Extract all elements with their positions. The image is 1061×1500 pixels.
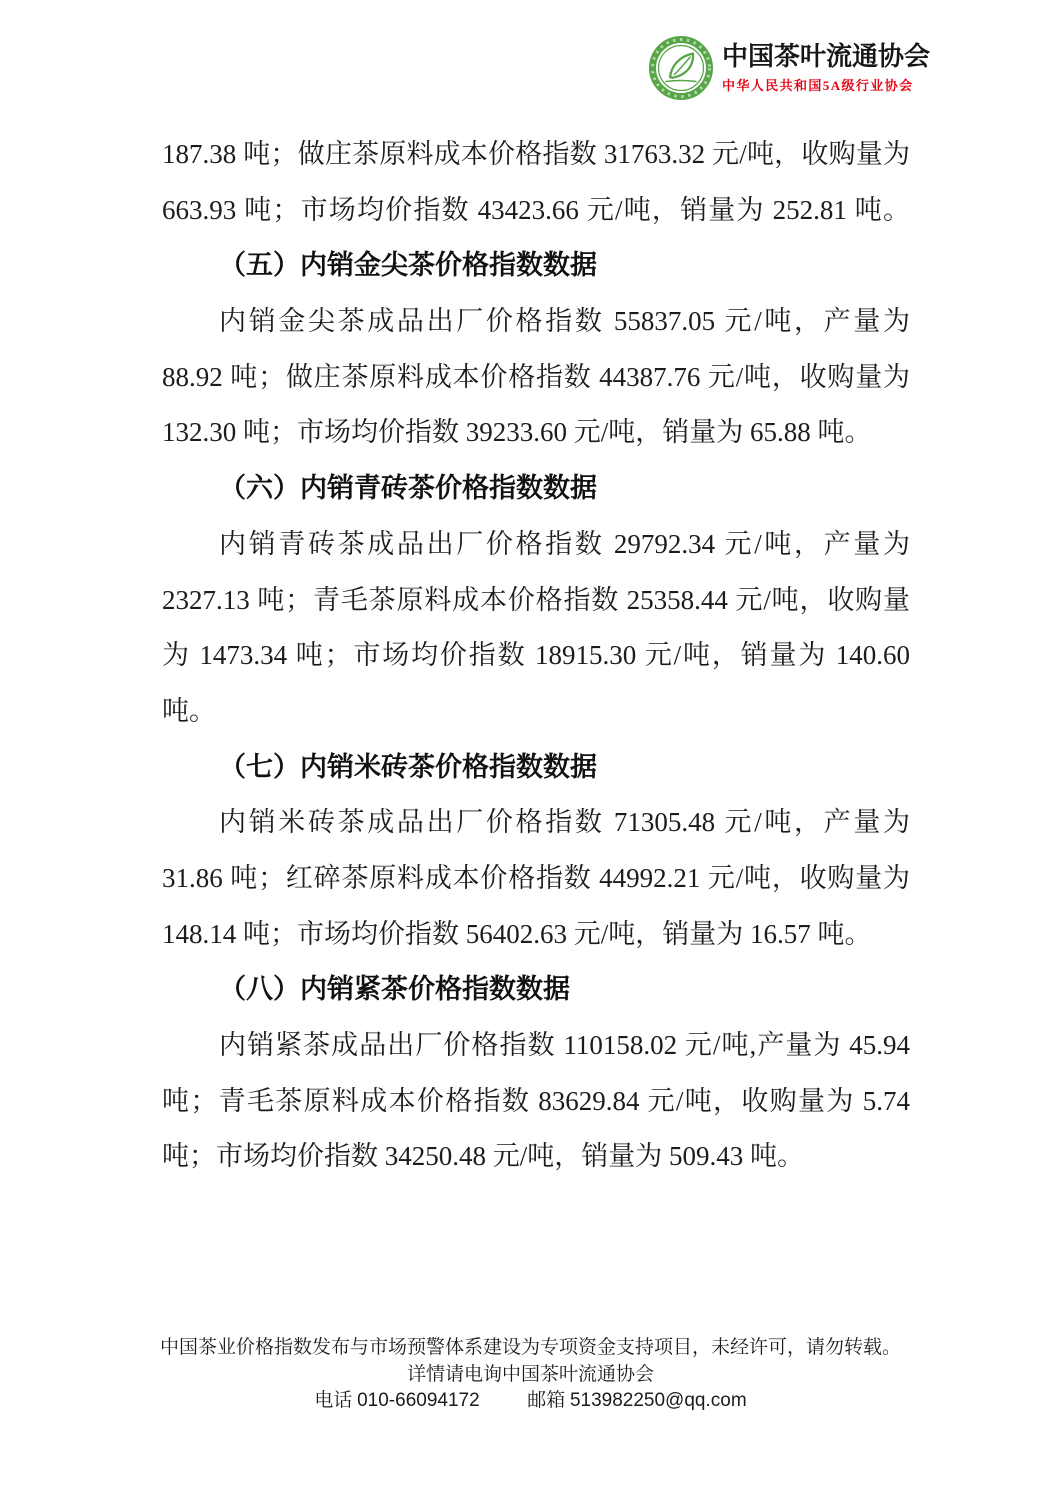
section-heading: （六）内销青砖茶价格指数数据 — [162, 461, 910, 517]
section-heading: （七）内销米砖茶价格指数数据 — [162, 740, 910, 796]
section-heading: （八）内销紧茶价格指数数据 — [162, 962, 910, 1018]
footer-contact-org: 详情请电询中国茶叶流通协会 — [0, 1362, 1061, 1389]
phone-label: 电话 — [314, 1390, 352, 1411]
email-address: 513982250@qq.com — [570, 1390, 747, 1411]
org-name: 中国茶叶流通协会 — [722, 42, 930, 72]
section-heading: （五）内销金尖茶价格指数数据 — [162, 238, 910, 294]
phone-number: 010-66094172 — [357, 1390, 480, 1411]
text-line: 内销米砖茶成品出厂价格指数 71305.48 元/吨，产量为 — [162, 795, 910, 851]
org-subtitle: 中华人民共和国5A级行业协会 — [722, 75, 930, 94]
text-line: 187.38 吨；做庄茶原料成本价格指数 31763.32 元/吨，收购量为 — [162, 127, 910, 183]
text-line: 31.86 吨；红碎茶原料成本价格指数 44992.21 元/吨，收购量为 — [162, 851, 910, 907]
text-line: 148.14 吨；市场均价指数 56402.63 元/吨，销量为 16.57 吨… — [162, 907, 910, 963]
document-body: 187.38 吨；做庄茶原料成本价格指数 31763.32 元/吨，收购量为66… — [162, 127, 910, 1185]
text-line: 内销青砖茶成品出厂价格指数 29792.34 元/吨，产量为 — [162, 517, 910, 573]
footer-contact-details: 电话 010-66094172 邮箱 513982250@qq.com — [0, 1388, 1061, 1415]
text-line: 吨；市场均价指数 34250.48 元/吨，销量为 509.43 吨。 — [162, 1129, 910, 1185]
page-header: 中国茶叶流通协会 中华人民共和国5A级行业协会 — [649, 36, 930, 100]
text-line: 吨。 — [162, 684, 910, 740]
text-line: 内销紧茶成品出厂价格指数 110158.02 元/吨,产量为 45.94 — [162, 1018, 910, 1074]
text-line: 88.92 吨；做庄茶原料成本价格指数 44387.76 元/吨，收购量为 — [162, 350, 910, 406]
email-label: 邮箱 — [527, 1390, 565, 1411]
text-line: 132.30 吨；市场均价指数 39233.60 元/吨，销量为 65.88 吨… — [162, 405, 910, 461]
text-line: 吨；青毛茶原料成本价格指数 83629.84 元/吨，收购量为 5.74 — [162, 1074, 910, 1130]
text-line: 为 1473.34 吨；市场均价指数 18915.30 元/吨，销量为 140.… — [162, 628, 910, 684]
org-title-block: 中国茶叶流通协会 中华人民共和国5A级行业协会 — [722, 42, 930, 94]
footer-notice: 中国茶业价格指数发布与市场预警体系建设为专项资金支持项目，未经许可，请勿转载。 — [0, 1335, 1061, 1362]
text-line: 663.93 吨；市场均价指数 43423.66 元/吨，销量为 252.81 … — [162, 183, 910, 239]
leaf-ring-icon — [649, 36, 713, 100]
tea-association-logo-icon — [649, 36, 713, 100]
page-footer: 中国茶业价格指数发布与市场预警体系建设为专项资金支持项目，未经许可，请勿转载。 … — [0, 1335, 1061, 1415]
document-page: 中国茶叶流通协会 中华人民共和国5A级行业协会 187.38 吨；做庄茶原料成本… — [0, 0, 1061, 1500]
text-line: 内销金尖茶成品出厂价格指数 55837.05 元/吨，产量为 — [162, 294, 910, 350]
text-line: 2327.13 吨；青毛茶原料成本价格指数 25358.44 元/吨，收购量 — [162, 573, 910, 629]
